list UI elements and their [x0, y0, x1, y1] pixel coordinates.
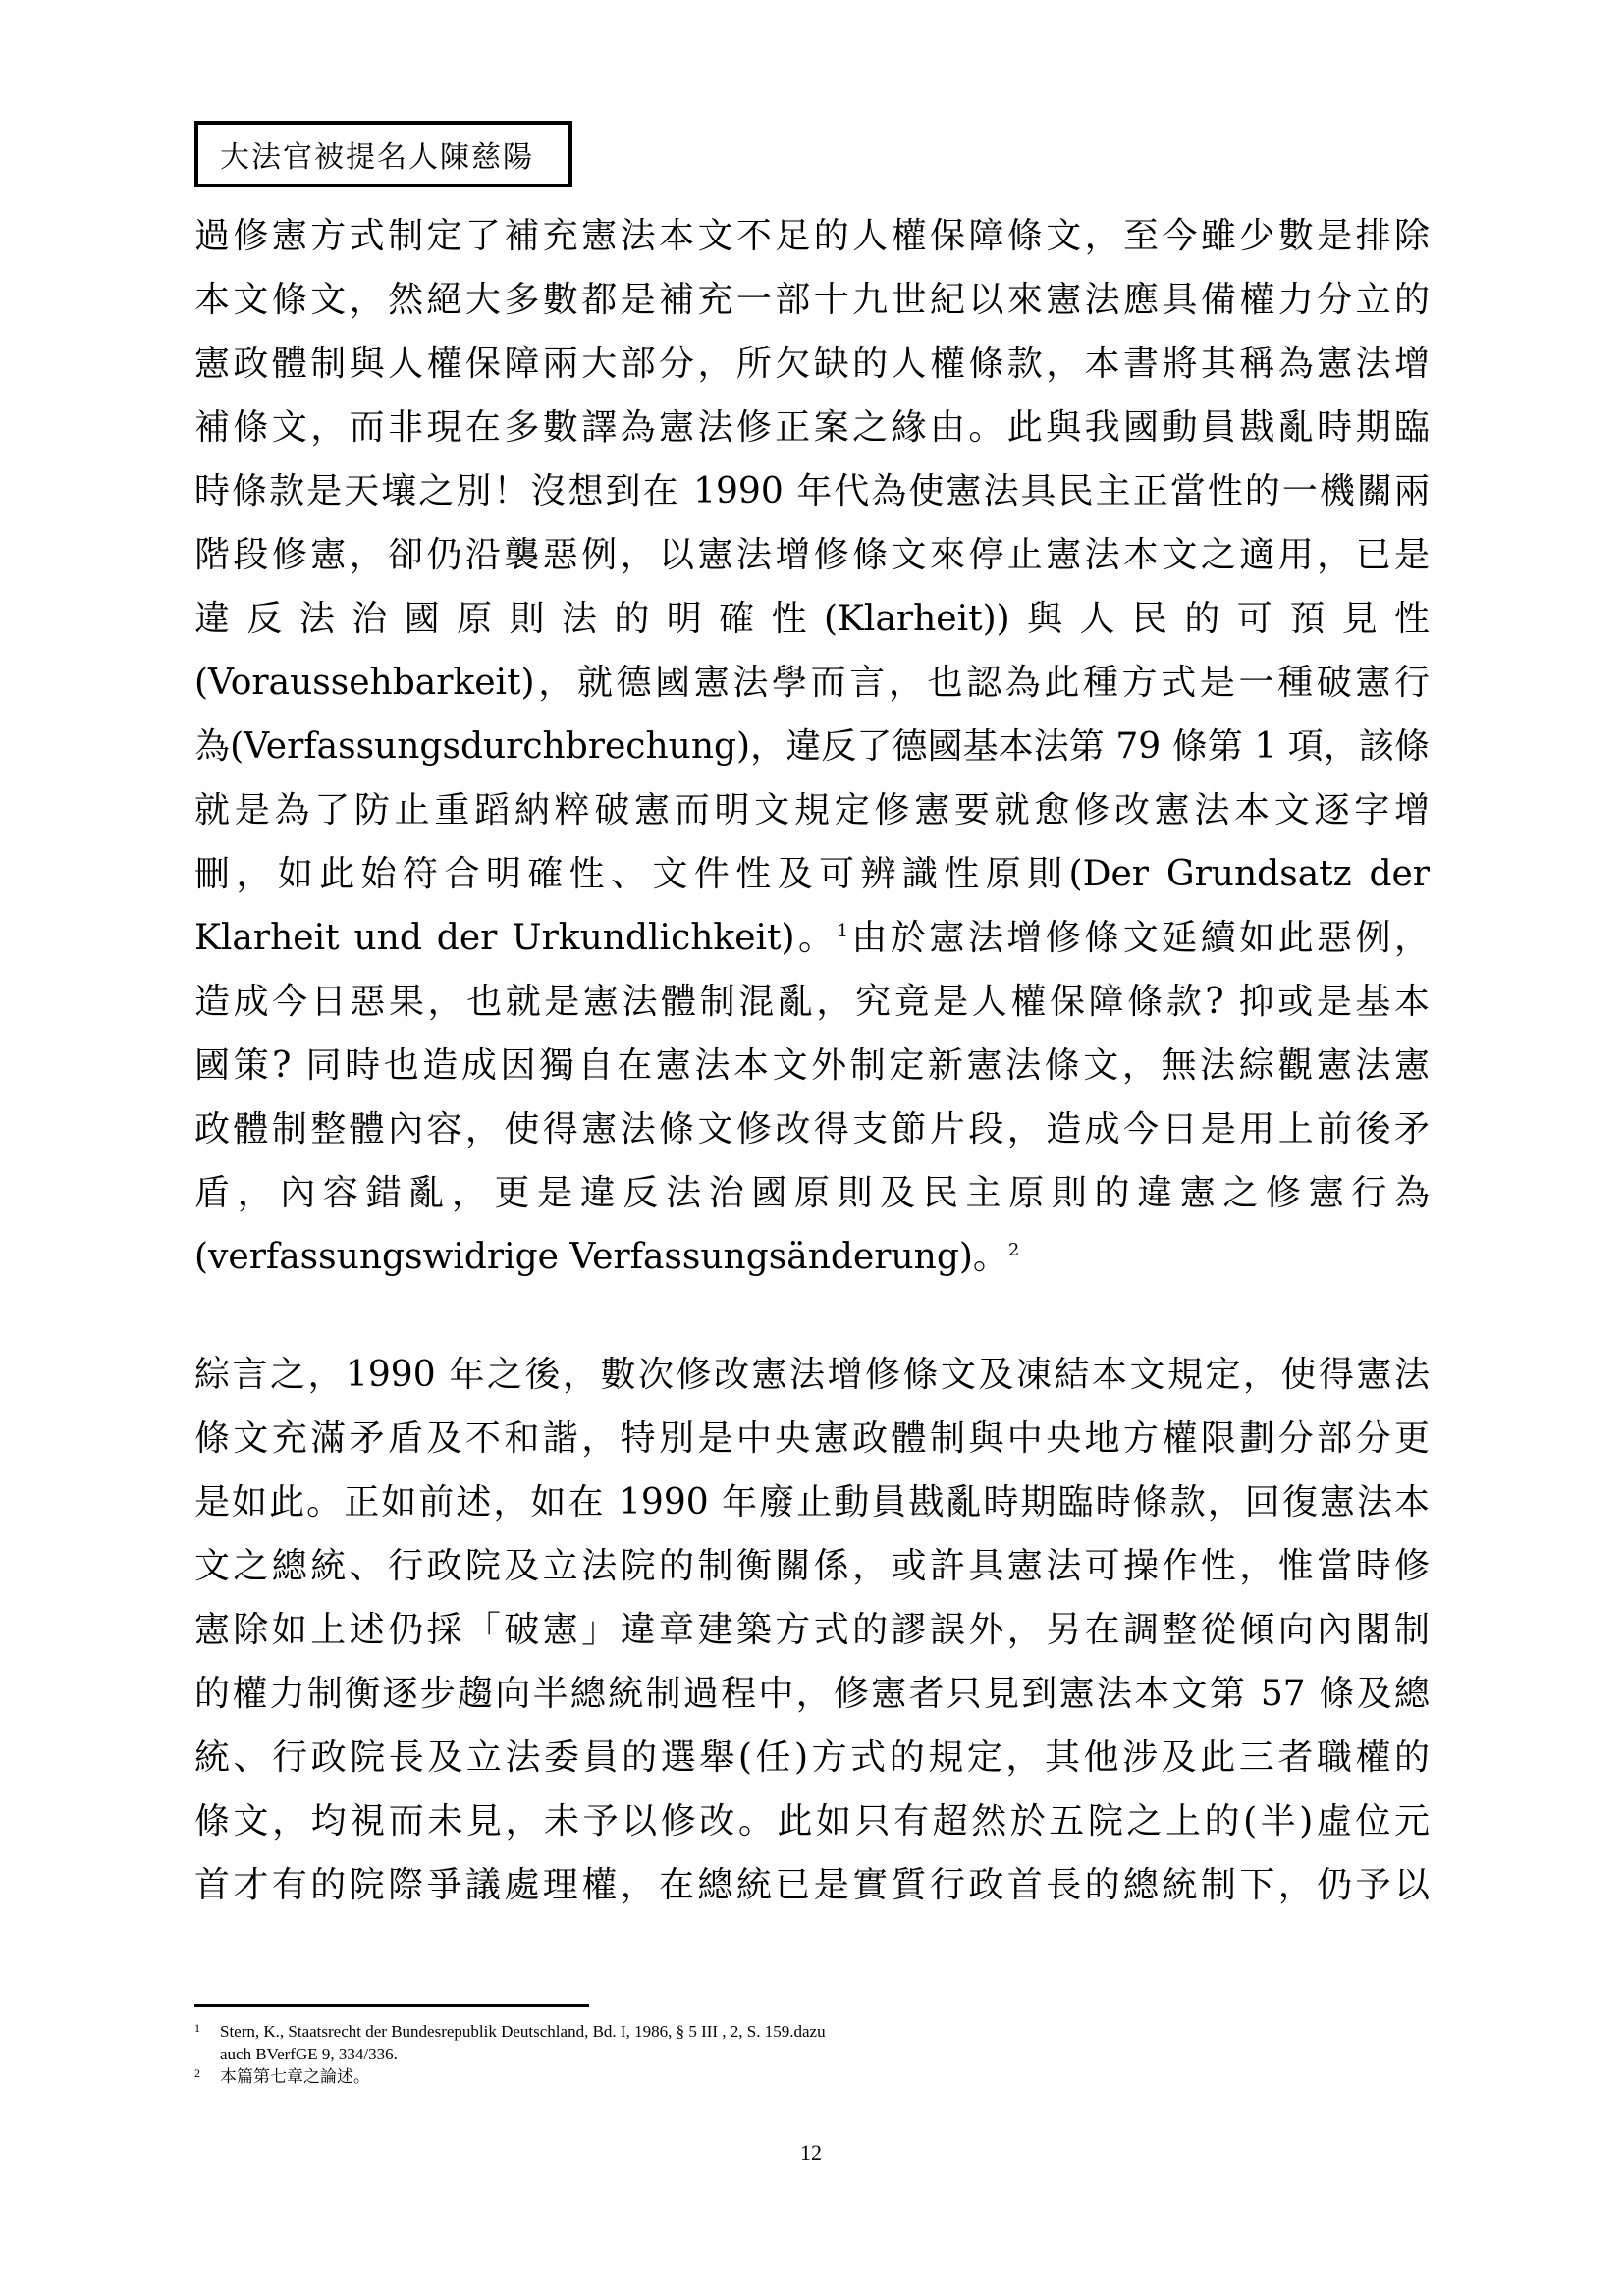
- header-title: 大法官被提名人陳慈陽: [220, 133, 534, 176]
- text-line: 政體制整體內容，使得憲法條文修改得支節片段，造成今日是用上前後矛: [194, 1097, 1430, 1161]
- text-line: 造成今日惡果，也就是憲法體制混亂，究竟是人權保障條款? 抑或是基本: [194, 970, 1430, 1034]
- text-line: 過修憲方式制定了補充憲法本文不足的人權保障條文，至今雖少數是排除: [194, 204, 1430, 268]
- text-line: 憲除如上述仍採「破憲」違章建築方式的謬誤外，另在調整從傾向內閣制: [194, 1598, 1430, 1662]
- text-line: 補條文，而非現在多數譯為憲法修正案之緣由。此與我國動員戡亂時期臨: [194, 396, 1430, 459]
- text-line: 首才有的院際爭議處理權，在總統已是實質行政首長的總統制下，仍予以: [194, 1853, 1430, 1917]
- footnotes: 1 Stern, K., Staatsrecht der Bundesrepub…: [194, 2020, 1274, 2088]
- text-line: 階段修憲，卻仍沿襲惡例，以憲法增修條文來停止憲法本文之適用，已是: [194, 523, 1430, 587]
- text-line: 本文條文，然絕大多數都是補充一部十九世紀以來憲法應具備權力分立的: [194, 268, 1430, 332]
- document-header-box: 大法官被提名人陳慈陽: [194, 121, 572, 187]
- footnote-ref-2[interactable]: 2: [1008, 1240, 1019, 1260]
- text-line: 統、行政院長及立法委員的選舉(任)方式的規定，其他涉及此三者職權的: [194, 1726, 1430, 1789]
- text-line: 是如此。正如前述，如在 1990 年廢止動員戡亂時期臨時條款，回復憲法本: [194, 1470, 1430, 1534]
- page-number: 12: [800, 2140, 822, 2165]
- text-segment: (verfassungswidrige Verfassungsänderung)…: [194, 1237, 1008, 1277]
- text-line: 就是為了防止重蹈納粹破憲而明文規定修憲要就愈修改憲法本文逐字增: [194, 778, 1430, 842]
- footnote-number: 2: [194, 2065, 220, 2088]
- footnote-2: 2 本篇第七章之論述。: [194, 2065, 1274, 2088]
- paragraph-1: 過修憲方式制定了補充憲法本文不足的人權保障條文，至今雖少數是排除 本文條文，然絕…: [194, 204, 1430, 1289]
- text-line: 憲政體制與人權保障兩大部分，所欠缺的人權條款，本書將其稱為憲法增: [194, 332, 1430, 396]
- paragraph-2: 綜言之，1990 年之後，數次修改憲法增修條文及凍結本文規定，使得憲法 條文充滿…: [194, 1343, 1430, 1917]
- text-segment: 由於憲法增修條文延續如此惡例，: [848, 918, 1430, 958]
- text-line: 條文充滿矛盾及不和諧，特別是中央憲政體制與中央地方權限劃分部分更: [194, 1407, 1430, 1470]
- text-line: 盾，內容錯亂，更是違反法治國原則及民主原則的違憲之修憲行為: [194, 1161, 1430, 1225]
- text-line: (Voraussehbarkeit)，就德國憲法學而言，也認為此種方式是一種破憲…: [194, 651, 1430, 715]
- footnote-text: Stern, K., Staatsrecht der Bundesrepubli…: [220, 2020, 1274, 2043]
- text-line-with-footnote: (verfassungswidrige Verfassungsänderung)…: [194, 1225, 1430, 1289]
- text-line: 時條款是天壤之別！沒想到在 1990 年代為使憲法具民主正當性的一機關兩: [194, 459, 1430, 523]
- text-line: 刪，如此始符合明確性、文件性及可辨識性原則(Der Grundsatz der: [194, 842, 1430, 906]
- footnote-1: 1 Stern, K., Staatsrecht der Bundesrepub…: [194, 2020, 1274, 2065]
- text-line: 的權力制衡逐步趨向半總統制過程中，修憲者只見到憲法本文第 57 條及總: [194, 1662, 1430, 1726]
- footnote-number: 1: [194, 2020, 220, 2065]
- text-segment: Klarheit und der Urkundlichkeit)。: [194, 918, 838, 958]
- footnote-ref-1[interactable]: 1: [838, 921, 848, 941]
- text-line: 文之總統、行政院及立法院的制衡關係，或許具憲法可操作性，惟當時修: [194, 1534, 1430, 1598]
- footnote-text: auch BVerfGE 9, 334/336.: [220, 2043, 1274, 2065]
- text-line: 條文，均視而未見，未予以修改。此如只有超然於五院之上的(半)虛位元: [194, 1789, 1430, 1853]
- text-line-with-footnote: Klarheit und der Urkundlichkeit)。1由於憲法增修…: [194, 906, 1430, 970]
- text-line: 國策? 同時也造成因獨自在憲法本文外制定新憲法條文，無法綜觀憲法憲: [194, 1034, 1430, 1097]
- text-line: 為(Verfassungsdurchbrechung)，違反了德國基本法第 79…: [194, 715, 1430, 778]
- text-line: 綜言之，1990 年之後，數次修改憲法增修條文及凍結本文規定，使得憲法: [194, 1343, 1430, 1407]
- footnote-text: 本篇第七章之論述。: [220, 2065, 1274, 2088]
- footnote-separator: [194, 2004, 589, 2007]
- text-line: 違反法治國原則法的明確性(Klarheit))與人民的可預見性: [194, 587, 1430, 651]
